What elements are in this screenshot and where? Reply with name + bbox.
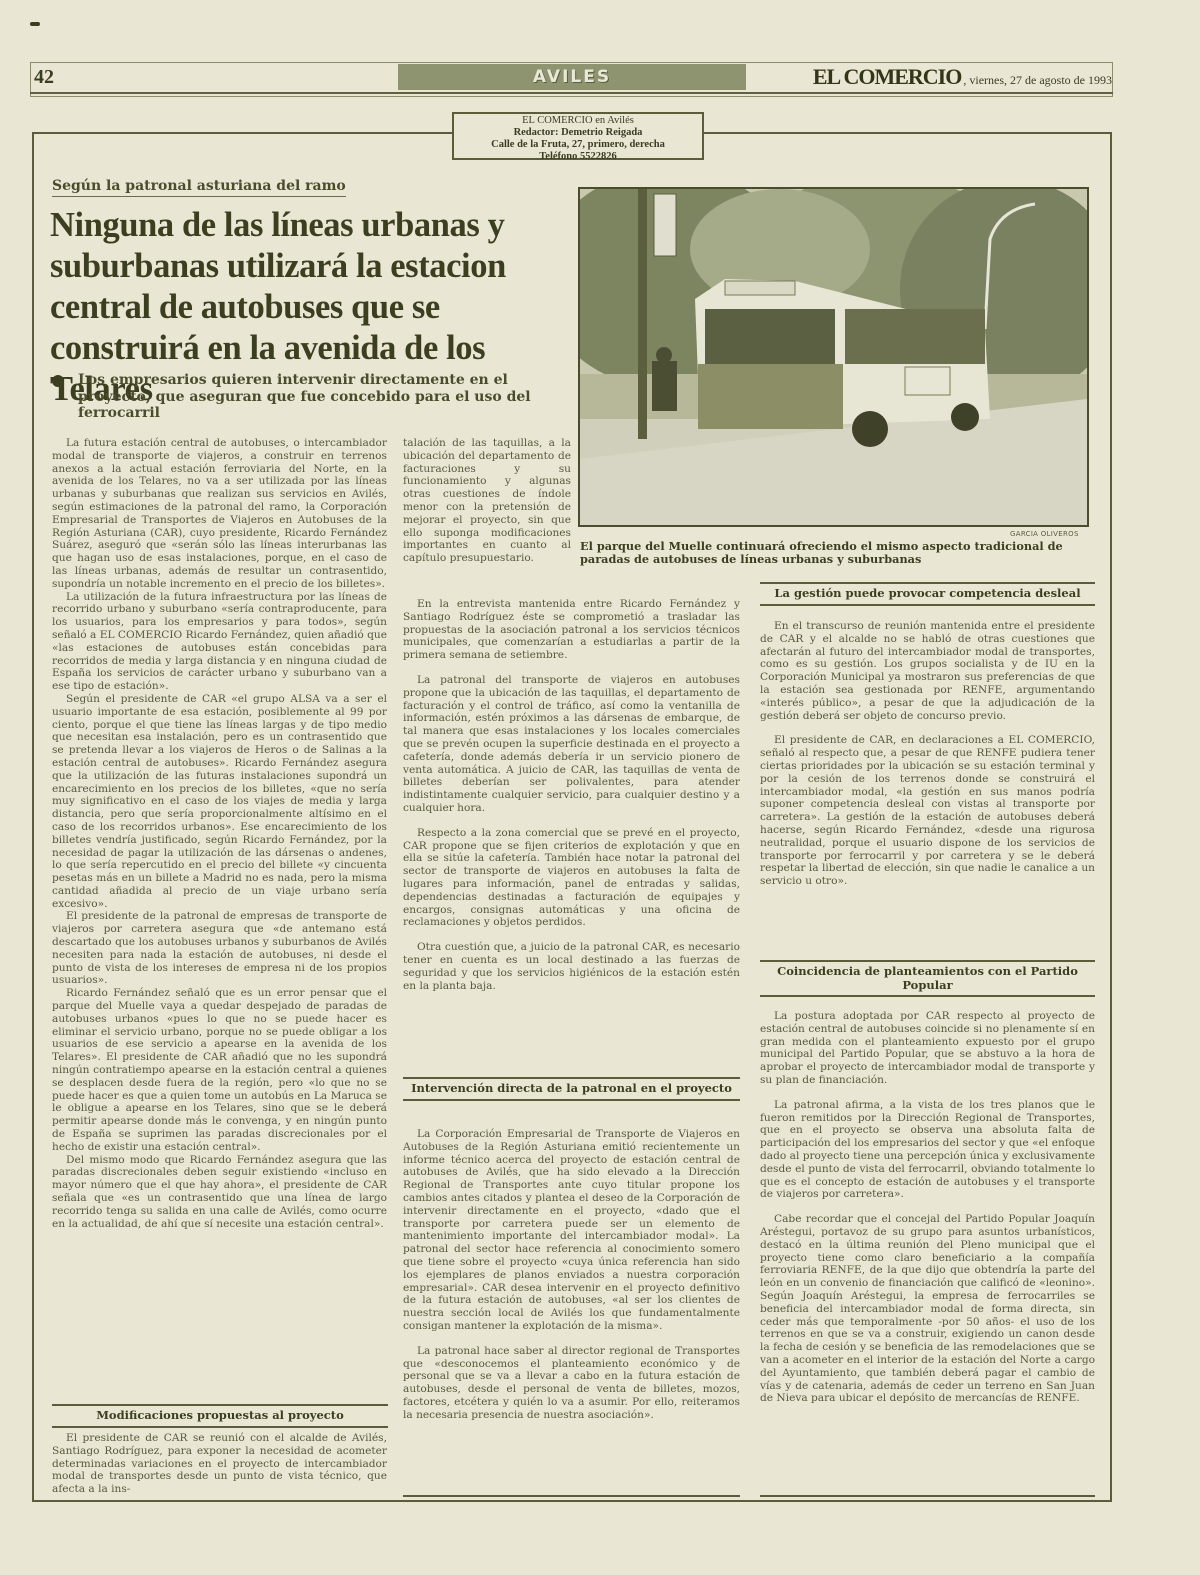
paragraph: talación de las taquillas, a la ubicació… bbox=[403, 437, 571, 565]
header-rule bbox=[30, 62, 1113, 63]
masthead-logo: EL COMERCIO bbox=[813, 64, 962, 90]
column-rule bbox=[760, 1495, 1095, 1497]
bus-photo-illustration bbox=[580, 189, 1087, 525]
contact-line: Redactor: Demetrio Reigada bbox=[454, 127, 702, 139]
paragraph: El presidente de la patronal de empresas… bbox=[52, 910, 387, 987]
section-title: AVILES bbox=[533, 67, 611, 87]
header-rule bbox=[30, 96, 1113, 97]
paragraph: En la entrevista mantenida entre Ricardo… bbox=[403, 598, 740, 662]
dateline: , viernes, 27 de agosto de 1993 bbox=[963, 73, 1112, 88]
paragraph: Según el presidente de CAR «el grupo ALS… bbox=[52, 693, 387, 911]
paragraph: El presidente de CAR se reunió con el al… bbox=[52, 1432, 387, 1496]
paragraph: Ricardo Fernández señaló que es un error… bbox=[52, 987, 387, 1153]
column-rule bbox=[403, 1495, 740, 1497]
contact-line: Teléfono 5522826 bbox=[454, 151, 702, 163]
article-column-3-lower: La postura adoptada por CAR respecto al … bbox=[760, 1010, 1095, 1405]
paragraph: La postura adoptada por CAR respecto al … bbox=[760, 1010, 1095, 1087]
paragraph: La patronal afirma, a la vista de los tr… bbox=[760, 1099, 1095, 1201]
subheadline: Los empresarios quieren intervenir direc… bbox=[52, 372, 572, 422]
paragraph: La patronal hace saber al director regio… bbox=[403, 1345, 740, 1422]
section-heading: La gestión puede provocar competencia de… bbox=[760, 582, 1095, 606]
paragraph: La utilización de la futura infraestruct… bbox=[52, 591, 387, 693]
photo-caption: El parque del Muelle continuará ofrecien… bbox=[580, 540, 1090, 566]
paragraph: Del mismo modo que Ricardo Fernández ase… bbox=[52, 1154, 387, 1231]
article-column-1-end: El presidente de CAR se reunió con el al… bbox=[52, 1432, 387, 1496]
section-heading: Coincidencia de planteamientos con el Pa… bbox=[760, 960, 1095, 997]
article-column-1: La futura estación central de autobuses,… bbox=[52, 437, 387, 1230]
paragraph: La patronal del transporte de viajeros e… bbox=[403, 674, 740, 815]
kicker: Según la patronal asturiana del ramo bbox=[52, 178, 346, 197]
section-heading: Modificaciones propuestas al proyecto bbox=[52, 1404, 388, 1428]
paragraph: Respecto a la zona comercial que se prev… bbox=[403, 827, 740, 929]
news-photo bbox=[578, 187, 1089, 527]
paragraph: Cabe recordar que el concejal del Partid… bbox=[760, 1213, 1095, 1405]
article-column-2-lower: La Corporación Empresarial de Transporte… bbox=[403, 1128, 740, 1422]
contact-box: EL COMERCIO en Avilés Redactor: Demetrio… bbox=[452, 112, 704, 160]
article-column-2: En la entrevista mantenida entre Ricardo… bbox=[403, 598, 740, 992]
masthead-group: EL COMERCIO , viernes, 27 de agosto de 1… bbox=[813, 64, 1112, 90]
paragraph: La Corporación Empresarial de Transporte… bbox=[403, 1128, 740, 1333]
contact-line: Calle de la Fruta, 27, primero, derecha bbox=[454, 139, 702, 151]
page-number: 42 bbox=[34, 66, 54, 89]
section-heading: Intervención directa de la patronal en e… bbox=[403, 1077, 740, 1101]
contact-line: EL COMERCIO en Avilés bbox=[454, 115, 702, 127]
article-column-2-top: talación de las taquillas, a la ubicació… bbox=[403, 437, 571, 565]
photo-credit: GARCIA OLIVEROS bbox=[1010, 530, 1079, 538]
paragraph: Otra cuestión que, a juicio de la patron… bbox=[403, 941, 740, 992]
paragraph: El presidente de CAR, en declaraciones a… bbox=[760, 734, 1095, 888]
header-rule bbox=[30, 92, 1113, 94]
paragraph: La futura estación central de autobuses,… bbox=[52, 437, 387, 591]
print-mark bbox=[30, 22, 40, 26]
paragraph: En el transcurso de reunión mantenida en… bbox=[760, 620, 1095, 722]
article-column-3: En el transcurso de reunión mantenida en… bbox=[760, 620, 1095, 888]
section-banner: AVILES bbox=[398, 64, 746, 90]
